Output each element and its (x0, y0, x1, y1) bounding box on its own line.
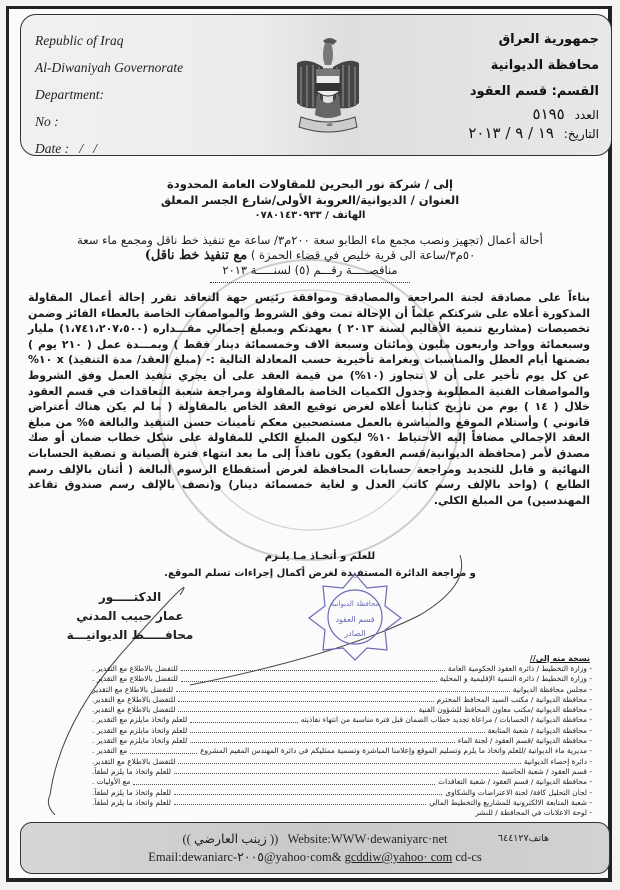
footer-line-2: Email:dewaniarc-٢٠٠٥@yahoo·com& gcddiw@y… (21, 849, 609, 865)
copy-action: للعلم واتخاذ مايلزم مع التقدير . (92, 715, 187, 725)
footer-typist: (( زينب العارضي )) (183, 832, 279, 846)
footer-email-suffix: cd-cs (452, 850, 482, 864)
copy-destination: - مجلس محافظة الديوانية (513, 685, 592, 695)
date-label: Date : / / (35, 135, 183, 162)
copy-item: - وزارة التخطيط / دائرة التنمية الإقليمي… (92, 674, 592, 684)
copy-action: للعلم واتخاذ ما يلزم لطفاً. (92, 798, 171, 808)
copy-item: - مجلس محافظة الديوانيةللتفضل بالاطلاع م… (92, 685, 592, 695)
copy-destination: - محافظة الديوانية / الحسابات / مراعاة ت… (301, 715, 592, 725)
document-date-value: ١٩ / ٩ / ٢٠١٣ (468, 124, 554, 142)
copy-destination: - محافظة الديوانية / مكتب السيد المحافظ … (437, 695, 592, 705)
copy-item: - قسم العقود / شعبة الحاسبةللعلم واتخاذ … (92, 767, 592, 777)
copy-action: للعلم واتخاذ مايلزم مع التقدير . (92, 726, 187, 736)
governorate-arabic: محافظة الديوانية (468, 53, 599, 79)
copy-item: - محافظة الديوانية /مكتب معاون المحافظ ل… (92, 705, 592, 715)
stamp-line-2: قسم العقود (335, 615, 374, 624)
tender-number: مناقصـــــة رقـــم (٥) لسنـــــة ٢٠١٣ (30, 263, 590, 278)
copy-destination: - شعبة المتابعة الالكترونية للمشاريع وال… (429, 798, 592, 808)
copy-action: للتفضل بالاطلاع مع التقدير . (92, 664, 178, 674)
copy-destination: - دائرة إحصاء الديوانية (524, 757, 592, 767)
letterhead: Republic of Iraq Al-Diwaniyah Governorat… (20, 14, 612, 156)
iraq-eagle-emblem-icon: ﷲ (289, 33, 367, 151)
letterhead-english: Republic of Iraq Al-Diwaniyah Governorat… (35, 27, 183, 162)
copy-item: - محافظة الديوانية /قسم العقود / لجنة ال… (92, 736, 592, 746)
copy-item: - محافظة الديوانية / شعبة المتابعةللعلم … (92, 726, 592, 736)
copy-destination: - قسم العقود / شعبة الحاسبة (502, 767, 592, 777)
copy-destination: - محافظة الديوانية / شعبة المتابعة (488, 726, 592, 736)
copy-destination: - محافظة الديوانية / قسم العقود / شعبة ا… (438, 777, 592, 787)
copy-item: - لجان التحليل كافة/ لجنة الاعتراضات وال… (92, 788, 592, 798)
copy-item: - شعبة المتابعة الالكترونية للمشاريع وال… (92, 798, 592, 808)
department-label: Department: (35, 81, 183, 108)
copy-item: - محافظة الديوانية / قسم العقود / شعبة ا… (92, 777, 592, 787)
copy-item: - لوحة الاعلانات في المحافظة / للنشر (92, 808, 592, 818)
subject-line-2-text: ٥٠م٣/ساعة الى قرية خليص في قضاء الحمزة ) (251, 248, 475, 262)
copy-action: للتفضل بالاطلاع مع التقدير. (92, 705, 175, 715)
addressee-phone: الهاتف / ٠٧٨٠١٤٣٠٩٣٣ (160, 208, 460, 224)
copy-action: للعلم واتخاذ مايلزم مع التقدير . (92, 736, 187, 746)
copy-action: مع الأوليات . (92, 777, 130, 787)
footer-phone: هاتف٦٤٤١٢٧ (498, 833, 549, 844)
body-paragraph: بناءاً على مصادقة لجنة المراجعة والمصادق… (28, 290, 590, 508)
document-date-label: التاريخ: (564, 127, 599, 141)
reference-number-value: ٥١٩٥ (533, 105, 565, 123)
copy-action: مع التقدير . (92, 746, 127, 756)
copy-item: - محافظة الديوانية / مكتب السيد المحافظ … (92, 695, 592, 705)
reference-number: العدد ٥١٩٥ (468, 105, 599, 124)
copy-action: للتفضل بالاطلاع مع التقدير (92, 685, 173, 695)
signature-block: الدكتـــــور عمار حبيب المدني محافـــــظ… (60, 588, 200, 645)
addressee-to: إلى / شركة نور البحرين للمقاولات العامة … (160, 176, 460, 192)
department-arabic: القسم: قسم العقود (468, 79, 599, 105)
copy-action: للتفضل بالاطلاع مع التقدير. (92, 695, 175, 705)
stamp-line-3: الصادر (343, 629, 365, 638)
letterhead-footer: هاتف٦٤٤١٢٧ (( زينب العارضي )) Website:WW… (20, 822, 610, 874)
governorate-english: Al-Diwaniyah Governorate (35, 54, 183, 81)
footer-email-prefix: Email:dewaniarc-٢٠٠٥@yahoo·com& (148, 850, 344, 864)
separator-dotted (210, 282, 410, 283)
signatory-title: الدكتـــــور (60, 588, 200, 607)
copy-destination: - مديرية ماء الديوانية /للعلم واتخاذ ما … (200, 746, 592, 756)
copy-item: - وزارة التخطيط / دائرة العقود الحكومية … (92, 664, 592, 674)
letterhead-arabic: جمهورية العراق محافظة الديوانية القسم: ق… (468, 27, 599, 143)
number-label: No : (35, 108, 183, 135)
reference-number-label: العدد (575, 108, 599, 122)
copy-destination: - لوحة الاعلانات في المحافظة / للنشر (475, 808, 592, 818)
copy-action: للعلم واتخاذ ما يلزم لطفاً. (92, 788, 171, 798)
country-english: Republic of Iraq (35, 27, 183, 54)
country-arabic: جمهورية العراق (468, 27, 599, 53)
copy-action: للتفضل بالاطلاع مع التقدير. (92, 757, 175, 767)
signatory-name: عمار حبيب المدني (60, 607, 200, 626)
copies-list: - وزارة التخطيط / دائرة العقود الحكومية … (92, 664, 592, 818)
copy-destination: - وزارة التخطيط / دائرة التنمية الإقليمي… (440, 674, 592, 684)
signatory-position: محافـــــظ الديوانيـــة (60, 626, 200, 645)
addressee-block: إلى / شركة نور البحرين للمقاولات العامة … (160, 176, 460, 224)
copy-action: للعلم واتخاذ ما يلزم لطفاً. (92, 767, 171, 777)
stamp-line-1: محافظة الديوانية (331, 600, 380, 608)
subject-line-1: أحالة أعمال (تجهيز ونصب مجمع ماء الطابو … (30, 233, 590, 248)
footer-website[interactable]: Website:WWW·dewaniyarc·net (287, 832, 447, 846)
copy-action: للتفضل بالاطلاع مع التقدير . (92, 674, 178, 684)
subject-line-2: ٥٠م٣/ساعة الى قرية خليص في قضاء الحمزة )… (30, 248, 590, 263)
addressee-address: العنوان / الديوانية/العروبة الأولى/شارع … (160, 192, 460, 208)
subject-block: أحالة أعمال (تجهيز ونصب مجمع ماء الطابو … (30, 233, 590, 278)
document-date: التاريخ: ١٩ / ٩ / ٢٠١٣ (468, 124, 599, 143)
copy-item: - مديرية ماء الديوانية /للعلم واتخاذ ما … (92, 746, 592, 756)
copy-destination: - محافظة الديوانية /قسم العقود / لجنة ال… (458, 736, 592, 746)
closing-line-1: للعلم و أتخـاذ مـا يلـزم (150, 548, 490, 565)
footer-line-1: هاتف٦٤٤١٢٧ (( زينب العارضي )) Website:WW… (21, 831, 609, 847)
official-stamp-icon: محافظة الديوانية قسم العقود الصادر (305, 572, 405, 662)
copy-item: - دائرة إحصاء الديوانيةللتفضل بالاطلاع م… (92, 757, 592, 767)
copy-destination: - محافظة الديوانية /مكتب معاون المحافظ ل… (418, 705, 592, 715)
handwritten-annotation: مع تنفيذ خط ناقل) (145, 248, 248, 263)
copy-destination: - لجان التحليل كافة/ لجنة الاعتراضات وال… (445, 788, 592, 798)
copy-item: - محافظة الديوانية / الحسابات / مراعاة ت… (92, 715, 592, 725)
footer-email-link[interactable]: gcddiw@yahoo· com (345, 850, 453, 864)
copy-destination: - وزارة التخطيط / دائرة العقود الحكومية … (448, 664, 592, 674)
copies-title: نسخة منه إلى// (530, 654, 590, 663)
